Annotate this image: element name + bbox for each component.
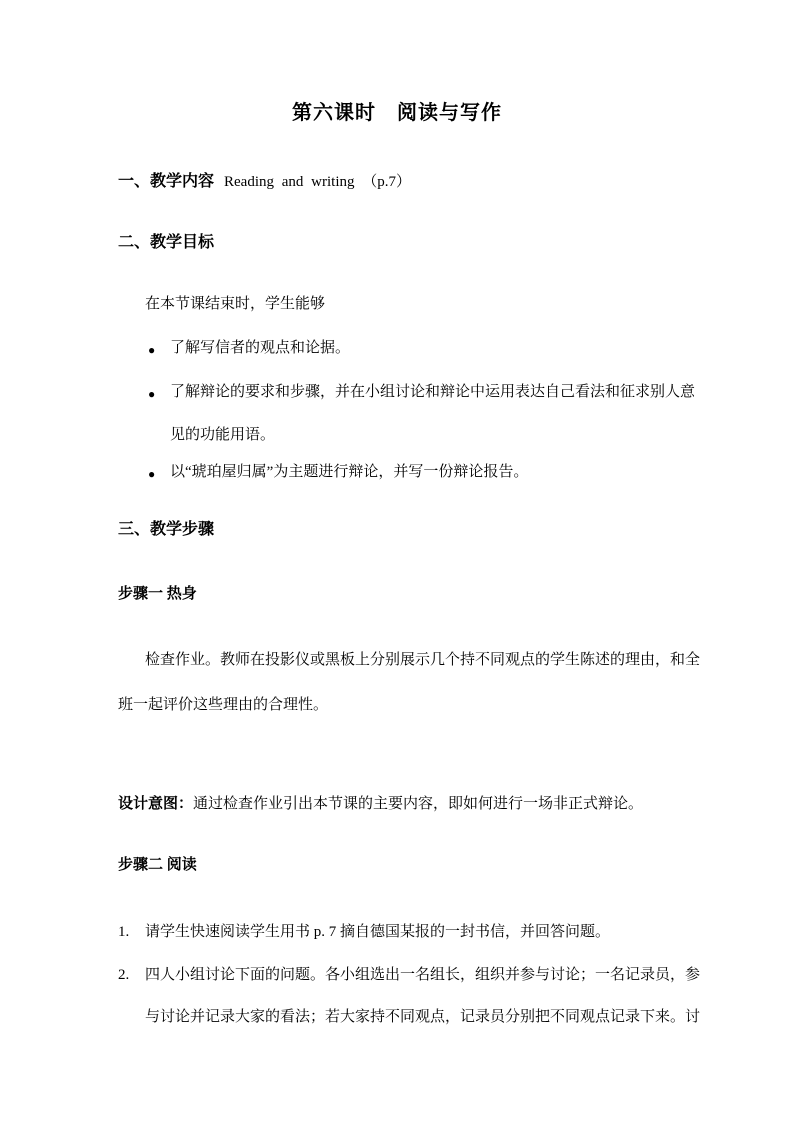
goal-bullet-3: 以“琥珀屋归属”为主题进行辩论，并写一份辩论报告。 [170, 463, 528, 482]
document-title: 第六课时 阅读与写作 [0, 104, 794, 123]
design-intent: 设计意图：通过检查作业引出本节课的主要内容，即如何进行一场非正式辩论。 [118, 795, 643, 814]
step-1-paragraph-line-2: 班一起评价这些理由的合理性。 [118, 696, 328, 715]
step-1-heading: 步骤一 热身 [118, 585, 197, 604]
reading-item-2-number: 2. [118, 966, 129, 985]
section-heading-teaching-content: 一、教学内容 [118, 173, 214, 190]
step-1-paragraph-line-1: 检查作业。教师在投影仪或黑板上分别展示几个持不同观点的学生陈述的理由，和全 [145, 651, 700, 670]
reading-item-1-number: 1. [118, 923, 129, 942]
section-heading-teaching-steps: 三、教学步骤 [118, 520, 214, 539]
reading-item-2-line-2: 与讨论并记录大家的看法；若大家持不同观点，记录员分别把不同观点记录下来。讨 [145, 1008, 700, 1027]
goal-bullet-2-line-1: 了解辩论的要求和步骤，并在小组讨论和辩论中运用表达自己看法和征求别人意 [170, 383, 695, 402]
goal-bullet-1: 了解写信者的观点和论据。 [170, 339, 350, 358]
section-teaching-content: 一、教学内容Reading and writing （p.7） [118, 172, 411, 192]
goals-intro: 在本节课结束时，学生能够 [145, 295, 325, 314]
step-2-heading: 步骤二 阅读 [118, 856, 197, 875]
design-intent-text: 通过检查作业引出本节课的主要内容，即如何进行一场非正式辩论。 [193, 796, 643, 812]
section-heading-teaching-goals: 二、教学目标 [118, 233, 214, 252]
goal-bullet-2-line-2: 见的功能用语。 [170, 426, 275, 445]
bullet-icon: ● [148, 465, 155, 484]
document-page: 第六课时 阅读与写作 一、教学内容Reading and writing （p.… [0, 0, 794, 1123]
bullet-icon: ● [148, 385, 155, 404]
design-intent-label: 设计意图： [118, 796, 193, 812]
teaching-content-detail: Reading and writing （p.7） [224, 174, 411, 190]
reading-item-2-line-1: 四人小组讨论下面的问题。各小组选出一名组长，组织并参与讨论；一名记录员，参 [145, 966, 700, 985]
reading-item-1-text: 请学生快速阅读学生用书 p. 7 摘自德国某报的一封书信，并回答问题。 [145, 923, 610, 942]
bullet-icon: ● [148, 341, 155, 360]
